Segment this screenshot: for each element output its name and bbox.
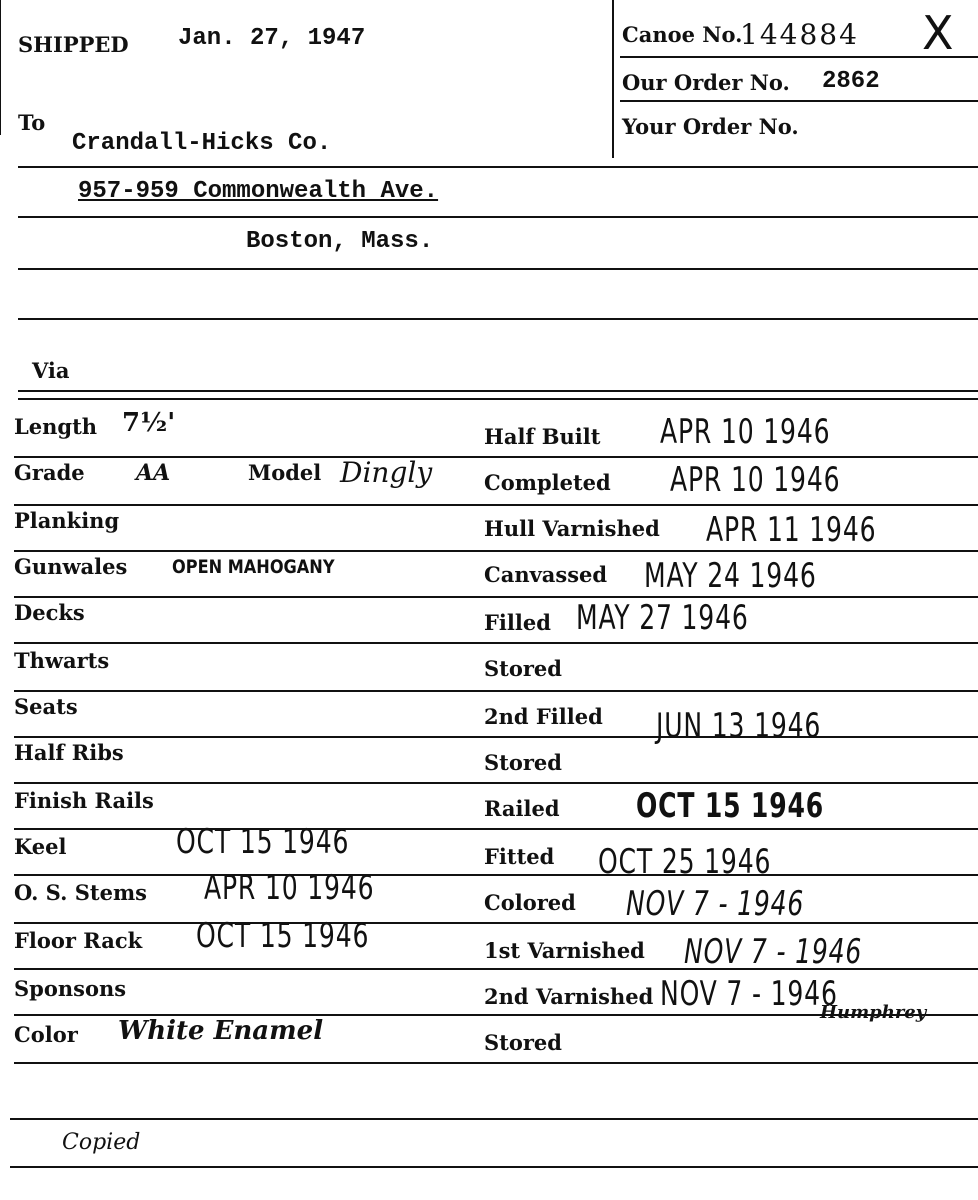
field-label-stored-2: Stored [484, 750, 562, 775]
order-box-divider [612, 0, 614, 158]
our-order-rule [620, 100, 978, 102]
field-label-half-built: Half Built [484, 424, 600, 449]
via-rule-double [18, 398, 978, 400]
field-label-model: Model [248, 460, 321, 485]
address-line-1: 957-959 Commonwealth Ave. [78, 178, 438, 205]
field-label-decks: Decks [14, 600, 85, 625]
field-label-planking: Planking [14, 508, 119, 533]
address-line-1-rule [18, 216, 978, 218]
address-line-2: Boston, Mass. [246, 228, 433, 255]
field-value-completed: APR 10 1946 [670, 460, 840, 500]
field-label-color: Color [14, 1022, 78, 1047]
via-label: Via [32, 358, 70, 383]
field-label-seats: Seats [14, 694, 78, 719]
field-label-2nd-varnished: 2nd Varnished [484, 984, 653, 1009]
field-label-grade: Grade [14, 460, 85, 485]
field-label-stored-1: Stored [484, 656, 562, 681]
address-line-3-rule [18, 318, 978, 320]
field-label-colored: Colored [484, 890, 576, 915]
canoe-no-label: Canoe No. [622, 22, 742, 47]
address-line-2-rule [18, 268, 978, 270]
inspector-signature: Humphrey [820, 1002, 926, 1023]
field-value-fitted: OCT 25 1946 [598, 842, 771, 882]
field-label-2nd-filled: 2nd Filled [484, 704, 603, 729]
our-order-label: Our Order No. [622, 70, 790, 95]
field-label-gunwales: Gunwales [14, 554, 127, 579]
field-value-colored: NOV 7 - 1946 [626, 884, 804, 924]
canoe-x-mark: X [922, 6, 954, 60]
field-value-2nd-varnished: NOV 7 - 1946 [660, 974, 838, 1014]
field-value-canvassed: MAY 24 1946 [644, 556, 817, 596]
field-label-1st-varnished: 1st Varnished [484, 938, 645, 963]
canoe-no-rule [620, 56, 978, 58]
field-label-sponsons: Sponsons [14, 976, 126, 1001]
field-value-1st-varnished: NOV 7 - 1946 [684, 932, 862, 972]
field-label-length: Length [14, 414, 97, 439]
canoe-no-value: 144884 [740, 18, 859, 51]
field-value-2nd-filled: JUN 13 1946 [656, 706, 821, 746]
field-label-finish-rails: Finish Rails [14, 788, 154, 813]
field-label-os-stems: O. S. Stems [14, 880, 147, 905]
to-label: To [18, 110, 45, 135]
field-label-completed: Completed [484, 470, 611, 495]
your-order-label: Your Order No. [622, 114, 799, 139]
field-value-length: 7½' [122, 408, 175, 438]
field-label-filled: Filled [484, 610, 551, 635]
field-value-model: Dingly [340, 456, 432, 489]
field-value-hull-varnished: APR 11 1946 [706, 510, 876, 550]
shipped-label: SHIPPED [18, 32, 129, 57]
recipient-name: Crandall-Hicks Co. [72, 130, 331, 157]
our-order-value: 2862 [822, 68, 880, 95]
copied-signature: Copied [62, 1130, 140, 1155]
field-value-filled: MAY 27 1946 [576, 598, 749, 638]
field-label-stored-3: Stored [484, 1030, 562, 1055]
field-label-railed: Railed [484, 796, 560, 821]
field-label-thwarts: Thwarts [14, 648, 109, 673]
via-rule [18, 390, 978, 392]
field-label-hull-varnished: Hull Varnished [484, 516, 660, 541]
field-label-keel: Keel [14, 834, 67, 859]
field-value-railed: OCT 15 1946 [636, 786, 824, 826]
field-label-half-ribs: Half Ribs [14, 740, 124, 765]
field-value-color: White Enamel [118, 1016, 323, 1046]
field-value-gunwales: OPEN MAHOGANY [172, 556, 335, 578]
field-label-canvassed: Canvassed [484, 562, 607, 587]
left-edge-rule [0, 0, 1, 135]
field-value-half-built: APR 10 1946 [660, 412, 830, 452]
field-label-fitted: Fitted [484, 844, 554, 869]
recipient-rule [18, 166, 978, 168]
field-value-grade: AA [136, 460, 170, 486]
shipped-date: Jan. 27, 1947 [178, 25, 365, 52]
field-label-floor-rack: Floor Rack [14, 928, 142, 953]
